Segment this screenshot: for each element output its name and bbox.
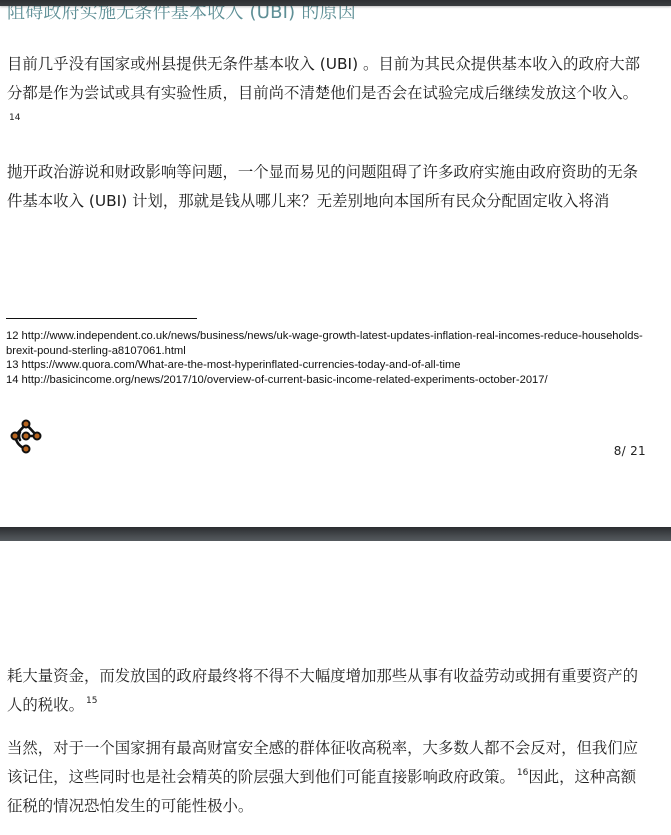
paragraph-text: 目前几乎没有国家或州县提供无条件基本收入 (UBI) 。目前为其民众提供基本收入… bbox=[7, 55, 640, 102]
viewer-toolbar-edge bbox=[0, 0, 671, 6]
paragraph: 耗大量资金，而发放国的政府最终将不得不大幅度增加那些从事有收益劳动或拥有重要资产… bbox=[7, 662, 647, 720]
pdf-viewer[interactable]: 阻碍政府实施无条件基本收入 (UBI) 的原因 目前几乎没有国家或州县提供无条件… bbox=[0, 0, 671, 835]
footnote-reference[interactable]: 14 bbox=[9, 113, 20, 123]
paragraph: 目前几乎没有国家或州县提供无条件基本收入 (UBI) 。目前为其民众提供基本收入… bbox=[7, 50, 647, 137]
footnote-12[interactable]: 12 http://www.independent.co.uk/news/bus… bbox=[6, 329, 656, 358]
paragraph: 当然，对于一个国家拥有最高财富安全感的群体征收高税率，大多数人都不会反对，但我们… bbox=[7, 734, 647, 821]
footnotes: 12 http://www.independent.co.uk/news/bus… bbox=[6, 329, 656, 387]
page-separator bbox=[0, 527, 671, 541]
footnote-reference[interactable]: 15 bbox=[86, 696, 97, 706]
page-number: 8/ 21 bbox=[614, 444, 646, 458]
paragraph-text: 抛开政治游说和财政影响等问题，一个显而易见的问题阻碍了许多政府实施由政府资助的无… bbox=[7, 163, 638, 210]
document-page-9: 耗大量资金，而发放国的政府最终将不得不大幅度增加那些从事有收益劳动或拥有重要资产… bbox=[0, 541, 671, 835]
paragraph-text: 耗大量资金，而发放国的政府最终将不得不大幅度增加那些从事有收益劳动或拥有重要资产… bbox=[7, 667, 638, 714]
footnote-14[interactable]: 14 http://basicincome.org/news/2017/10/o… bbox=[6, 373, 656, 388]
footnote-divider bbox=[6, 318, 197, 319]
paragraph: 抛开政治游说和财政影响等问题，一个显而易见的问题阻碍了许多政府实施由政府资助的无… bbox=[7, 158, 647, 216]
document-page-8: 阻碍政府实施无条件基本收入 (UBI) 的原因 目前几乎没有国家或州县提供无条件… bbox=[0, 0, 671, 527]
network-nodes-logo-icon bbox=[6, 418, 48, 456]
footnote-13[interactable]: 13 https://www.quora.com/What-are-the-mo… bbox=[6, 358, 656, 373]
footnote-reference[interactable]: 16 bbox=[517, 768, 528, 778]
